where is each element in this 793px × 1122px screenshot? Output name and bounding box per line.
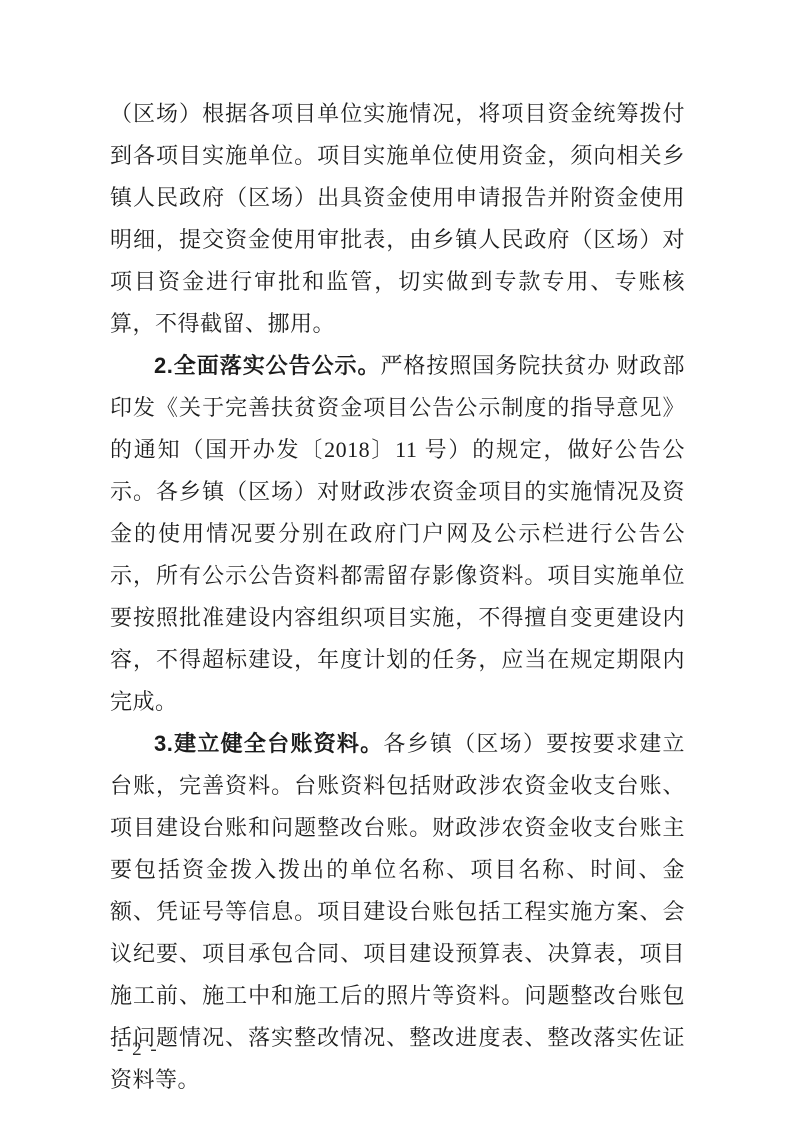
paragraph-lead: 3.建立健全台账资料。 — [154, 731, 383, 756]
paragraph-text: 各乡镇（区场）要按要求建立台账，完善资料。台账资料包括财政涉农资金收支台账、项目… — [110, 731, 685, 1092]
paragraph: 2.全面落实公告公示。严格按照国务院扶贫办 财政部印发《关于完善扶贫资金项目公告… — [110, 345, 685, 723]
page-number: - 2 - — [117, 1038, 159, 1062]
paragraph: 3.建立健全台账资料。各乡镇（区场）要按要求建立台账，完善资料。台账资料包括财政… — [110, 723, 685, 1101]
paragraph-text: 严格按照国务院扶贫办 财政部印发《关于完善扶贫资金项目公告公示制度的指导意见》的… — [110, 353, 685, 714]
document-body: （区场）根据各项目单位实施情况，将项目资金统筹拨付到各项目实施单位。项目实施单位… — [110, 93, 685, 1101]
paragraph-text: （区场）根据各项目单位实施情况，将项目资金统筹拨付到各项目实施单位。项目实施单位… — [110, 101, 685, 336]
paragraph-lead: 2.全面落实公告公示。 — [154, 353, 380, 378]
document-page: （区场）根据各项目单位实施情况，将项目资金统筹拨付到各项目实施单位。项目实施单位… — [0, 0, 793, 1122]
paragraph: （区场）根据各项目单位实施情况，将项目资金统筹拨付到各项目实施单位。项目实施单位… — [110, 93, 685, 345]
